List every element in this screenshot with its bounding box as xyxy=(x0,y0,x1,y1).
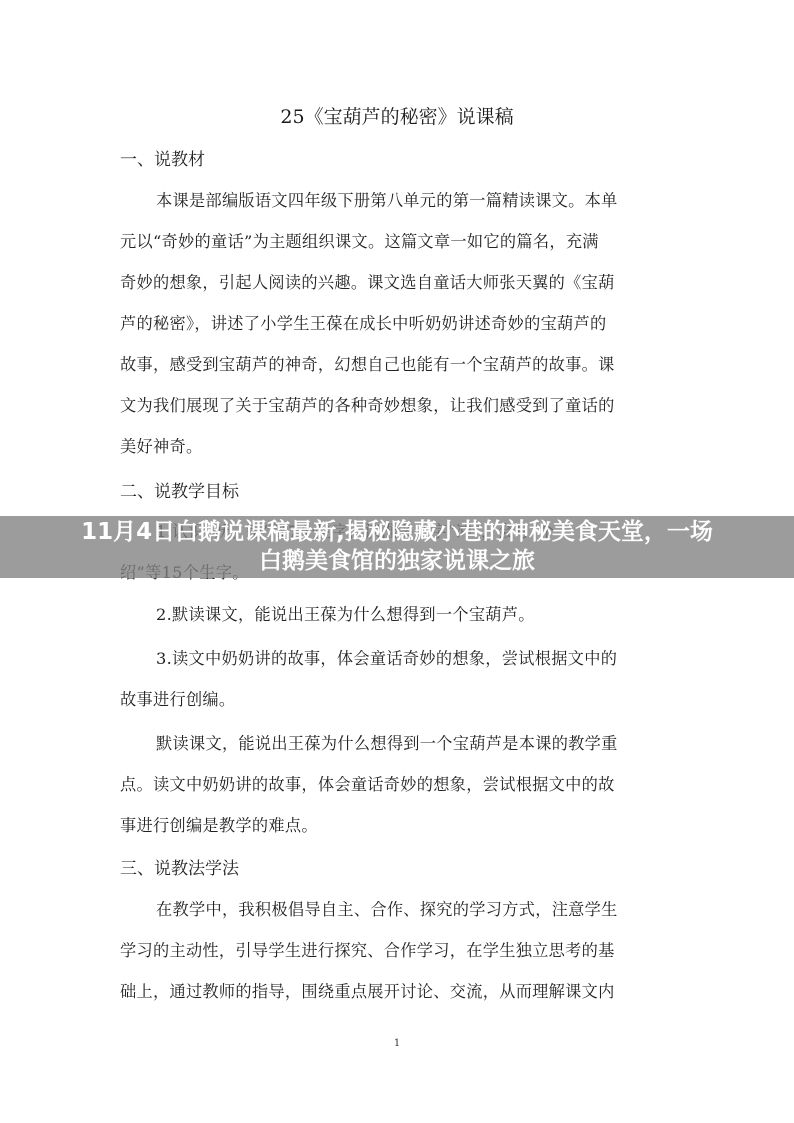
paragraph-line: 在教学中，我积极倡导自主、合作、探究的学习方式，注意学生 xyxy=(156,899,726,921)
section-heading-teaching-material: 一、说教材 xyxy=(120,148,205,172)
paragraph-line: 文为我们展现了关于宝葫芦的各种奇妙想象，让我们感受到了童话的 xyxy=(120,395,690,417)
paragraph-line: 元以“奇妙的童话”为主题组织课文。这篇文章一如它的篇名，充满 xyxy=(120,231,690,253)
goal-item-2: 2.默读课文，能说出王葆为什么想得到一个宝葫芦。 xyxy=(156,604,726,626)
paragraph-line: 芦的秘密》，讲述了小学生王葆在成长中听奶奶讲述奇妙的宝葫芦的 xyxy=(120,313,690,335)
page-number: 1 xyxy=(0,1038,794,1050)
overlay-headline: 11月4日白鹅说课稿最新,揭秘隐藏小巷的神秘美食天堂，一场 白鹅美食馆的独家说课… xyxy=(0,518,794,576)
section-heading-methods: 三、说教法学法 xyxy=(120,857,239,881)
paragraph-line: 本课是部编版语文四年级下册第八单元的第一篇精读课文。本单 xyxy=(156,190,726,212)
overlay-headline-line-2: 白鹅美食馆的独家说课之旅 xyxy=(0,547,794,576)
goal-item-3: 3.读文中奶奶讲的故事，体会童话奇妙的想象，尝试根据文中的 xyxy=(156,648,726,670)
paragraph-line: 奇妙的想象，引起人阅读的兴趣。课文选自童话大师张天翼的《宝葫 xyxy=(120,272,690,294)
paragraph-line: 点。读文中奶奶讲的故事，体会童话奇妙的想象，尝试根据文中的故 xyxy=(120,774,690,796)
paragraph-line: 础上，通过教师的指导，围绕重点展开讨论、交流，从而理解课文内 xyxy=(120,981,690,1003)
document-title: 25《宝葫芦的秘密》说课稿 xyxy=(0,104,794,130)
paragraph-line: 默读课文，能说出王葆为什么想得到一个宝葫芦是本课的教学重 xyxy=(156,733,726,755)
goal-item-3-continued: 故事进行创编。 xyxy=(120,689,690,711)
paragraph-line: 学习的主动性，引导学生进行探究、合作学习，在学生独立思考的基 xyxy=(120,940,690,962)
overlay-headline-line-1: 11月4日白鹅说课稿最新,揭秘隐藏小巷的神秘美食天堂，一场 xyxy=(0,518,794,547)
paragraph-line: 美好神奇。 xyxy=(120,436,690,458)
paragraph-line: 故事，感受到宝葫芦的神奇，幻想自己也能有一个宝葫芦的故事。课 xyxy=(120,354,690,376)
section-heading-teaching-goals: 二、说教学目标 xyxy=(120,480,239,504)
paragraph-line: 事进行创编是教学的难点。 xyxy=(120,815,690,837)
